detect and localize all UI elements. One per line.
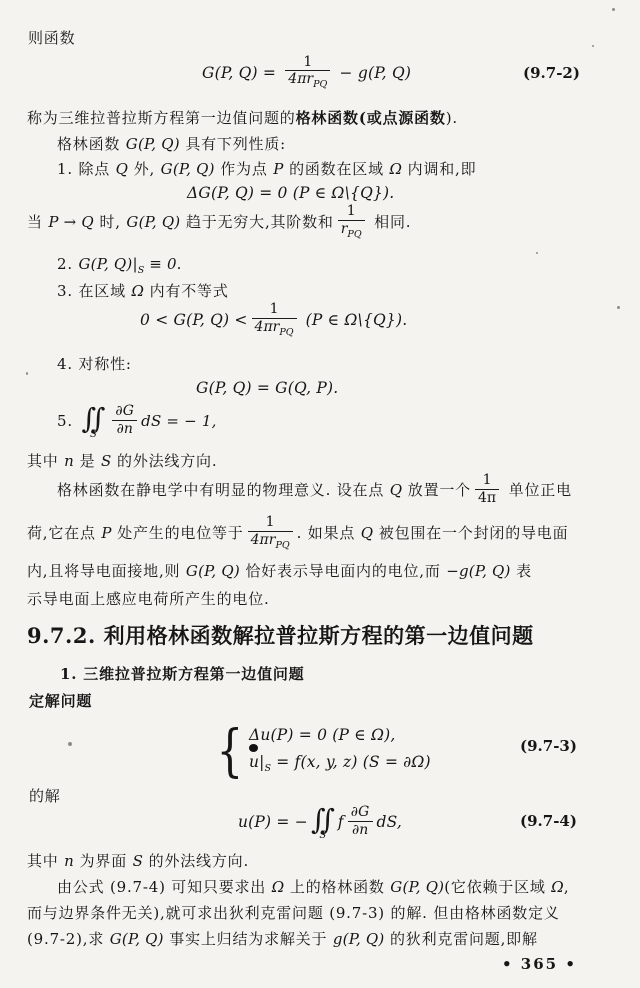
double-integral: ∬S [311, 806, 335, 841]
system-brace: { [216, 727, 243, 777]
paragraph-closing-2: 而与边界条件无关),就可求出狄利克雷问题 (9.7-3) 的解. 但由格林函数定… [27, 902, 560, 924]
paragraph-order-of-infinity: 当 P → Q 时, G(P, Q) 趋于无穷大,其阶数和1rPQ 相同. [27, 202, 411, 242]
bold-term-point-source: 点源函数 [383, 109, 446, 127]
scan-speck [68, 742, 72, 746]
fraction-denominator: 4πrPQ [285, 71, 330, 90]
paragraph-solution-lead: 的解 [29, 785, 61, 807]
equation-9-7-4: u(P) = −∬Sf∂G∂ndS, [238, 800, 402, 844]
fraction: ∂G∂n [112, 404, 137, 437]
subheading-problem: 定解问题 [29, 690, 92, 712]
fraction: 14πrPQ [248, 515, 293, 551]
property-1: 1. 除点 Q 外, G(P, Q) 作为点 P 的函数在区域 Ω 内调和,即 [57, 158, 476, 180]
scan-speck [26, 372, 28, 375]
equation-9-7-3: {Δu(P) = 0 (P ∈ Ω),u|S = f(x, y, z) (S =… [212, 722, 431, 782]
fraction: 14π [475, 473, 499, 506]
fraction-numerator: 1 [285, 55, 330, 71]
paragraph-properties-lead: 格林函数 G(P, Q) 具有下列性质: [57, 133, 286, 155]
double-integral: ∬S [81, 405, 105, 440]
paragraph-electrostatics-1: 格林函数在静电学中有明显的物理意义. 设在点 Q 放置一个14π 单位正电 [57, 471, 572, 509]
equation-delta-g: ΔG(P, Q) = 0 (P ∈ Ω\{Q}). [187, 182, 394, 204]
paragraph-electrostatics-3: 内,且将导电面接地,则 G(P, Q) 恰好表示导电面内的电位,而 −g(P, … [27, 560, 532, 582]
equation-symmetry: G(P, Q) = G(Q, P). [196, 377, 338, 399]
paragraph-electrostatics-4: 示导电面上感应电荷所产生的电位. [27, 588, 270, 610]
paragraph-closing-1: 由公式 (9.7-4) 可知只要求出 Ω 上的格林函数 G(P, Q)(它依赖于… [57, 876, 570, 898]
equation-9-7-2: G(P, Q) = 14πrPQ − g(P, Q) [202, 56, 411, 92]
subheading-first-bvp: 1. 三维拉普拉斯方程第一边值问题 [60, 663, 304, 685]
fraction: 14πrPQ [285, 55, 330, 91]
eq973-row2: u|S = f(x, y, z) (S = ∂Ω) [249, 749, 431, 782]
page-number: • 365 • [502, 953, 577, 975]
equation-tag-9-7-3: (9.7-3) [520, 737, 577, 755]
bold-term-green-function: 格林函数 [296, 109, 359, 127]
paragraph-normal-direction: 其中 n 是 S 的外法线方向. [27, 450, 217, 472]
section-heading-972: 9.7.2. 利用格林函数解拉普拉斯方程的第一边值问题 [27, 620, 534, 650]
scan-speck [612, 8, 615, 11]
eq972-lhs: G(P, Q) = [202, 64, 276, 82]
intro-text: 则函数 [28, 27, 75, 49]
property-4: 4. 对称性: [57, 353, 132, 375]
paragraph-boundary-normal: 其中 n 为界面 S 的外法线方向. [27, 850, 249, 872]
equation-tag-9-7-4: (9.7-4) [520, 812, 577, 830]
equation-tag-9-7-2: (9.7-2) [523, 64, 580, 82]
eq973-row1: Δu(P) = 0 (P ∈ Ω), [249, 722, 431, 749]
paragraph-closing-3: (9.7-2),求 G(P, Q) 事实上归结为求解关于 g(P, Q) 的狄利… [27, 928, 538, 950]
scanned-textbook-page: 则函数 G(P, Q) = 14πrPQ − g(P, Q) (9.7-2) 称… [0, 0, 640, 988]
fraction: 14πrPQ [252, 302, 297, 338]
fraction: ∂G∂n [348, 805, 373, 838]
property-2: 2. G(P, Q)|S ≡ 0. [57, 253, 182, 282]
fraction: 1rPQ [338, 204, 365, 240]
ink-blot [249, 744, 258, 752]
scan-speck [536, 252, 538, 254]
property-5: 5. ∬S∂G∂ndS = − 1, [57, 398, 217, 444]
paragraph-green-function-def: 称为三维拉普拉斯方程第一边值问题的格林函数(或点源函数). [27, 107, 458, 129]
scan-speck [617, 306, 620, 309]
property-3: 3. 在区域 Ω 内有不等式 [57, 280, 229, 302]
equation-inequality: 0 < G(P, Q) <14πrPQ (P ∈ Ω\{Q}). [140, 300, 407, 340]
scan-speck [592, 45, 594, 47]
eq972-rhs: − g(P, Q) [340, 64, 412, 82]
paragraph-electrostatics-2: 荷,它在点 P 处产生的电位等于14πrPQ. 如果点 Q 被包围在一个封闭的导… [27, 514, 568, 552]
